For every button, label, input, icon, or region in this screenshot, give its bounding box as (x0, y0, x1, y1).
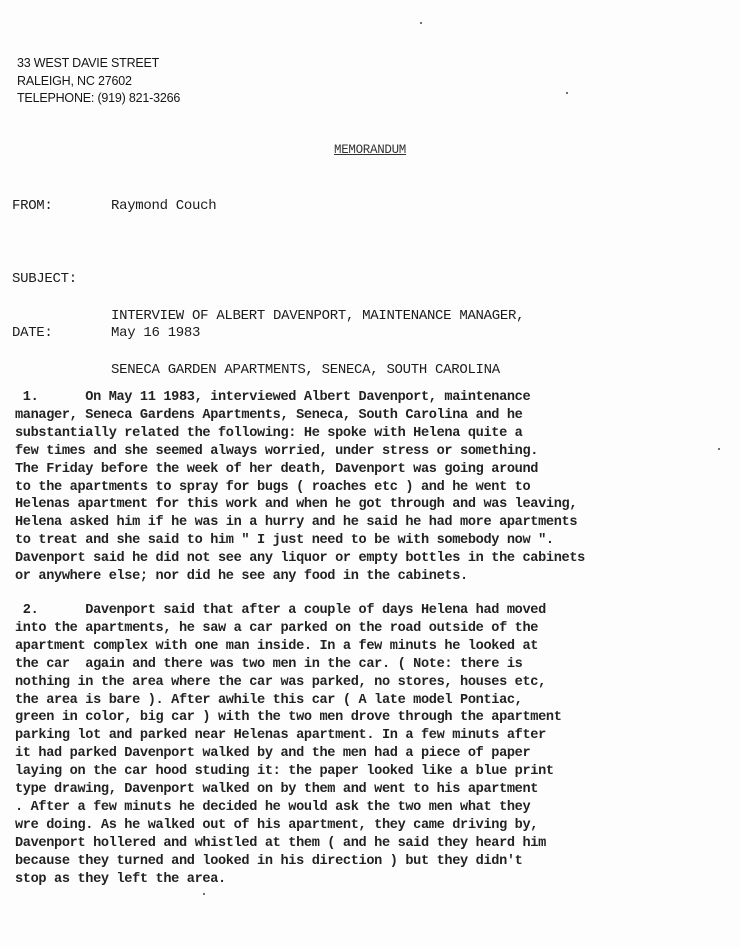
paragraph-line: laying on the car hood studing it: the p… (15, 763, 562, 781)
paragraph-line: . After a few minuts he decided he would… (15, 799, 562, 817)
date-label: DATE: (12, 325, 53, 341)
paragraph-line: manager, Seneca Gardens Apartments, Sene… (15, 407, 585, 425)
paragraph-line: the car again and there was two men in t… (15, 656, 562, 674)
paragraph-line: to treat and she said to him " I just ne… (15, 532, 585, 550)
from-value: Raymond Couch (111, 198, 216, 214)
paragraph-line: few times and she seemed always worried,… (15, 443, 585, 461)
paragraph-line: to the apartments to spray for bugs ( ro… (15, 479, 585, 497)
paragraph-1: 1. On May 11 1983, interviewed Albert Da… (15, 389, 585, 586)
paragraph-line: it had parked Davenport walked by and th… (15, 745, 562, 763)
from-label: FROM: (12, 198, 53, 214)
paragraph-line: apartment complex with one man inside. I… (15, 638, 562, 656)
paragraph-line: wre doing. As he walked out of his apart… (15, 817, 562, 835)
letterhead-telephone: TELEPHONE: (919) 821-3266 (17, 90, 180, 108)
subject-label: SUBJECT: (12, 271, 77, 287)
memo-title: MEMORANDUM (334, 143, 406, 157)
paragraph-line: stop as they left the area. (15, 871, 562, 889)
paragraph-2: 2. Davenport said that after a couple of… (15, 602, 562, 889)
scan-speck (420, 22, 422, 24)
paragraph-line: into the apartments, he saw a car parked… (15, 620, 562, 638)
paragraph-line: parking lot and parked near Helenas apar… (15, 727, 562, 745)
paragraph-line: substantially related the following: He … (15, 425, 585, 443)
subject-line: INTERVIEW OF ALBERT DAVENPORT, MAINTENAN… (111, 307, 524, 325)
paragraph-line: Helena asked him if he was in a hurry an… (15, 514, 585, 532)
paragraph-line: 1. On May 11 1983, interviewed Albert Da… (15, 389, 585, 407)
paragraph-line: or anywhere else; nor did he see any foo… (15, 568, 585, 586)
paragraph-line: The Friday before the week of her death,… (15, 461, 585, 479)
letterhead-address: 33 WEST DAVIE STREET RALEIGH, NC 27602 T… (17, 55, 180, 108)
letterhead-city: RALEIGH, NC 27602 (17, 73, 180, 91)
paragraph-line: Helenas apartment for this work and when… (15, 496, 585, 514)
paragraph-line: the area is bare ). After awhile this ca… (15, 692, 562, 710)
paragraph-line: 2. Davenport said that after a couple of… (15, 602, 562, 620)
paragraph-line: green in color, big car ) with the two m… (15, 709, 562, 727)
paragraph-line: because they turned and looked in his di… (15, 853, 562, 871)
scan-speck (718, 448, 720, 450)
letterhead-street: 33 WEST DAVIE STREET (17, 55, 180, 73)
paragraph-line: nothing in the area where the car was pa… (15, 674, 562, 692)
paragraph-line: Davenport hollered and whistled at them … (15, 835, 562, 853)
scan-speck (566, 92, 568, 94)
date-value: May 16 1983 (111, 325, 200, 341)
scan-speck (203, 893, 205, 895)
subject-line: SENECA GARDEN APARTMENTS, SENECA, SOUTH … (111, 361, 524, 379)
paragraph-line: Davenport said he did not see any liquor… (15, 550, 585, 568)
memo-page: 33 WEST DAVIE STREET RALEIGH, NC 27602 T… (0, 0, 740, 949)
paragraph-line: type drawing, Davenport walked on by the… (15, 781, 562, 799)
